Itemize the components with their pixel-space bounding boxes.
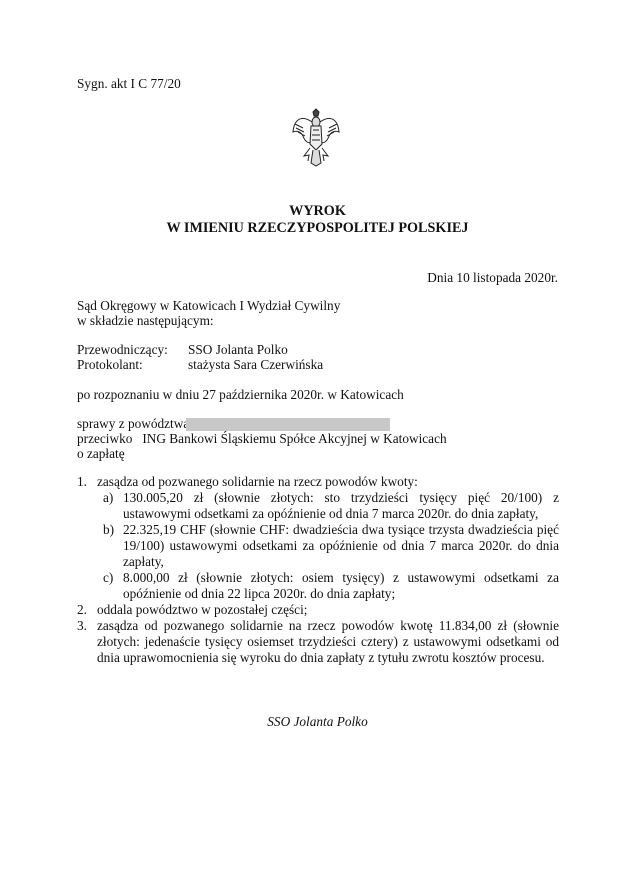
- polish-eagle-emblem-icon: [291, 108, 341, 168]
- document-title: WYROK: [0, 203, 635, 219]
- judgment-date: Dnia 10 listopada 2020r.: [427, 270, 558, 286]
- ruling-item: 2. oddala powództwo w pozostałej części;: [77, 602, 559, 618]
- court-composition-label: w składzie następującym:: [77, 313, 214, 329]
- plaintiff-label: sprawy z powództwa: [77, 416, 189, 432]
- subitem-text: 8.000,00 zł (słownie złotych: osiem tysi…: [123, 570, 559, 602]
- clerk-value: stażysta Sara Czerwińska: [188, 357, 323, 373]
- ruling-item: 3. zasądza od pozwanego solidarnie na rz…: [77, 618, 559, 666]
- clerk-label: Protokolant:: [77, 357, 143, 373]
- presiding-judge-label: Przewodniczący:: [77, 342, 168, 358]
- ruling-number: 1.: [77, 474, 87, 490]
- ruling-number: 3.: [77, 618, 87, 634]
- document-subtitle: W IMIENIU RZECZYPOSPOLITEJ POLSKIEJ: [0, 220, 635, 236]
- ruling-subitem: b) 22.325,19 CHF (słownie CHF: dwadzieśc…: [77, 522, 559, 570]
- subitem-letter: c): [103, 570, 113, 586]
- presiding-judge-value: SSO Jolanta Polko: [188, 342, 288, 358]
- subitem-text: 130.005,20 zł (słownie złotych: sto trzy…: [123, 490, 559, 522]
- defendant: przeciwko ING Bankowi Śląskiemu Spółce A…: [77, 431, 447, 447]
- case-subject: o zapłatę: [77, 446, 125, 462]
- ruling-text: zasądza od pozwanego solidarnie na rzecz…: [97, 474, 559, 490]
- ruling-text: zasądza od pozwanego solidarnie na rzecz…: [97, 618, 559, 666]
- hearing-info: po rozpoznaniu w dniu 27 października 20…: [77, 387, 404, 403]
- ruling-number: 2.: [77, 602, 87, 618]
- case-number: Sygn. akt I C 77/20: [77, 76, 181, 92]
- rulings-list: 1. zasądza od pozwanego solidarnie na rz…: [77, 474, 559, 666]
- redacted-plaintiff-names: [186, 418, 390, 431]
- ruling-subitem: c) 8.000,00 zł (słownie złotych: osiem t…: [77, 570, 559, 602]
- judge-signature: SSO Jolanta Polko: [0, 714, 635, 730]
- subitem-letter: b): [103, 522, 114, 538]
- ruling-item: 1. zasądza od pozwanego solidarnie na rz…: [77, 474, 559, 490]
- subitem-text: 22.325,19 CHF (słownie CHF: dwadzieścia …: [123, 522, 559, 570]
- court-name: Sąd Okręgowy w Katowicach I Wydział Cywi…: [77, 298, 340, 314]
- ruling-subitem: a) 130.005,20 zł (słownie złotych: sto t…: [77, 490, 559, 522]
- subitem-letter: a): [103, 490, 113, 506]
- ruling-text: oddala powództwo w pozostałej części;: [97, 602, 559, 618]
